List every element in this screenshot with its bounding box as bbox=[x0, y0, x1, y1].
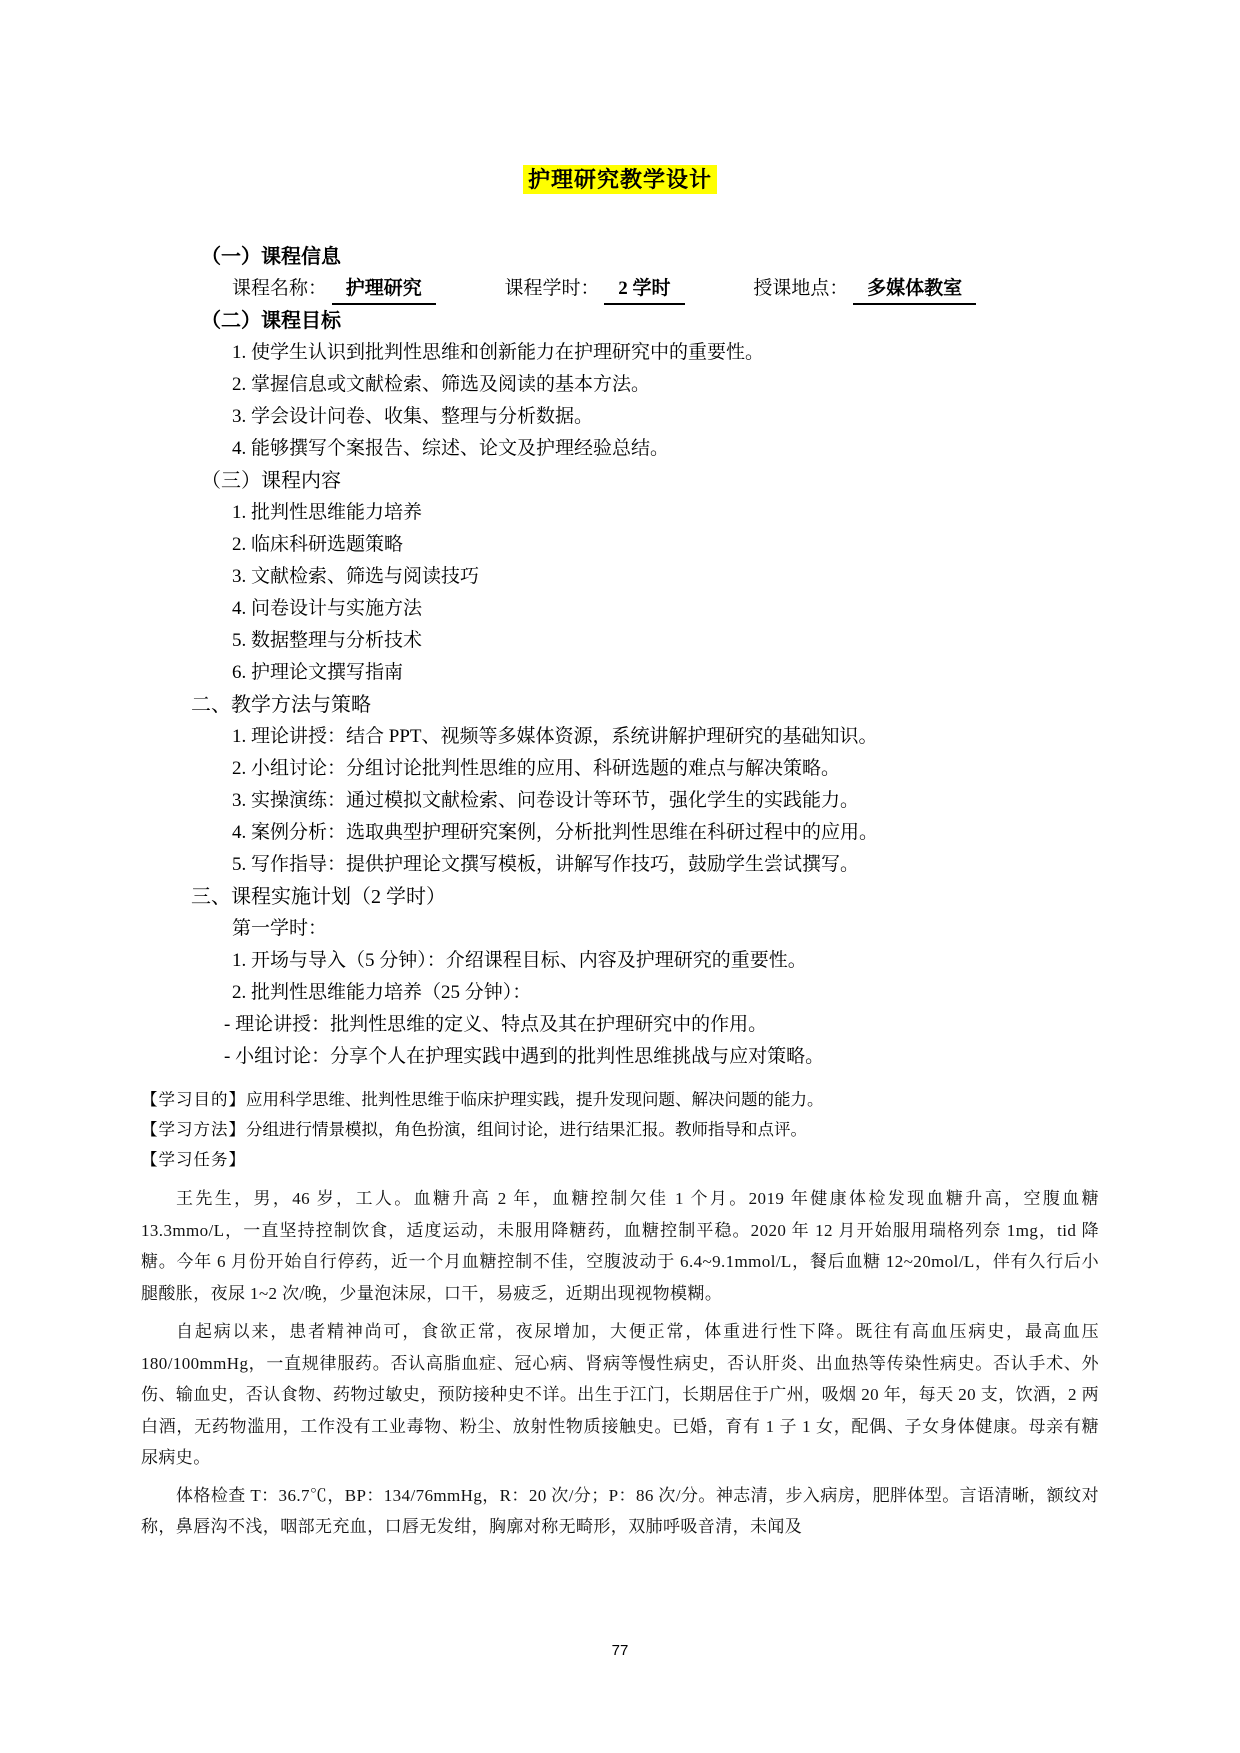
outline-section: （一）课程信息 课程名称： 护理研究 课程学时： 2 学时 授课地点： 多媒体教… bbox=[141, 241, 1099, 1073]
study-purpose-text: 应用科学思维、批判性思维于临床护理实践，提升发现问题、解决问题的能力。 bbox=[246, 1090, 824, 1109]
document-page: 护理研究教学设计 （一）课程信息 课程名称： 护理研究 课程学时： 2 学时 授… bbox=[0, 0, 1240, 1753]
case-study-section: 王先生，男，46 岁，工人。血糖升高 2 年，血糖控制欠佳 1 个月。2019 … bbox=[141, 1183, 1099, 1543]
heading-implementation-plan: 三、课程实施计划（2 学时） bbox=[141, 881, 1099, 913]
course-info-line: 课程名称： 护理研究 课程学时： 2 学时 授课地点： 多媒体教室 bbox=[141, 273, 1099, 305]
plan-bullet: - 小组讨论：分享个人在护理实践中遇到的批判性思维挑战与应对策略。 bbox=[141, 1041, 1099, 1073]
case-paragraph-history: 王先生，男，46 岁，工人。血糖升高 2 年，血糖控制欠佳 1 个月。2019 … bbox=[141, 1183, 1099, 1309]
case-paragraph-physical-exam: 体格检查 T：36.7℃，BP：134/76mmHg，R：20 次/分；P：86… bbox=[141, 1480, 1099, 1543]
content-item: 1. 批判性思维能力培养 bbox=[141, 497, 1099, 529]
plan-item: 2. 批判性思维能力培养（25 分钟）： bbox=[141, 977, 1099, 1009]
course-name-value: 护理研究 bbox=[332, 276, 436, 305]
content-item: 3. 文献检索、筛选与阅读技巧 bbox=[141, 561, 1099, 593]
course-location-label: 授课地点： bbox=[753, 278, 848, 299]
course-name-field: 课程名称： 护理研究 bbox=[232, 273, 436, 305]
study-section: 【学习目的】应用科学思维、批判性思维于临床护理实践，提升发现问题、解决问题的能力… bbox=[141, 1085, 1099, 1175]
study-method-line: 【学习方法】分组进行情景模拟，角色扮演，组间讨论，进行结果汇报。教师指导和点评。 bbox=[141, 1115, 1099, 1145]
course-hours-field: 课程学时： 2 学时 bbox=[505, 273, 685, 305]
study-purpose-label: 【学习目的】 bbox=[141, 1090, 246, 1109]
page-title: 护理研究教学设计 bbox=[141, 165, 1099, 195]
case-paragraph-background: 自起病以来，患者精神尚可，食欲正常，夜尿增加，大便正常，体重进行性下降。既往有高… bbox=[141, 1316, 1099, 1474]
plan-bullet: - 理论讲授：批判性思维的定义、特点及其在护理研究中的作用。 bbox=[141, 1009, 1099, 1041]
study-method-label: 【学习方法】 bbox=[141, 1120, 246, 1139]
method-item: 5. 写作指导：提供护理论文撰写模板，讲解写作技巧，鼓励学生尝试撰写。 bbox=[141, 849, 1099, 881]
study-purpose-line: 【学习目的】应用科学思维、批判性思维于临床护理实践，提升发现问题、解决问题的能力… bbox=[141, 1085, 1099, 1115]
study-task-label: 【学习任务】 bbox=[141, 1150, 246, 1169]
course-location-value: 多媒体教室 bbox=[853, 276, 976, 305]
course-name-label: 课程名称： bbox=[232, 278, 327, 299]
content-item: 4. 问卷设计与实施方法 bbox=[141, 593, 1099, 625]
content-item: 5. 数据整理与分析技术 bbox=[141, 625, 1099, 657]
method-item: 3. 实操演练：通过模拟文献检索、问卷设计等环节，强化学生的实践能力。 bbox=[141, 785, 1099, 817]
course-location-field: 授课地点： 多媒体教室 bbox=[753, 273, 976, 305]
content-item: 2. 临床科研选题策略 bbox=[141, 529, 1099, 561]
objective-item: 3. 学会设计问卷、收集、整理与分析数据。 bbox=[141, 401, 1099, 433]
heading-course-info: （一）课程信息 bbox=[141, 241, 1099, 273]
title-highlight: 护理研究教学设计 bbox=[523, 165, 717, 194]
heading-course-content: （三）课程内容 bbox=[141, 465, 1099, 497]
heading-teaching-methods: 二、教学方法与策略 bbox=[141, 689, 1099, 721]
objective-item: 4. 能够撰写个案报告、综述、论文及护理经验总结。 bbox=[141, 433, 1099, 465]
objective-item: 2. 掌握信息或文献检索、筛选及阅读的基本方法。 bbox=[141, 369, 1099, 401]
page-number: 77 bbox=[0, 1642, 1240, 1659]
content-item: 6. 护理论文撰写指南 bbox=[141, 657, 1099, 689]
plan-item: 1. 开场与导入（5 分钟）：介绍课程目标、内容及护理研究的重要性。 bbox=[141, 945, 1099, 977]
subheading-first-hour: 第一学时： bbox=[141, 913, 1099, 945]
method-item: 4. 案例分析：选取典型护理研究案例，分析批判性思维在科研过程中的应用。 bbox=[141, 817, 1099, 849]
heading-course-objectives: （二）课程目标 bbox=[141, 305, 1099, 337]
study-method-text: 分组进行情景模拟，角色扮演，组间讨论，进行结果汇报。教师指导和点评。 bbox=[246, 1120, 807, 1139]
study-task-line: 【学习任务】 bbox=[141, 1145, 1099, 1175]
method-item: 2. 小组讨论：分组讨论批判性思维的应用、科研选题的难点与解决策略。 bbox=[141, 753, 1099, 785]
objective-item: 1. 使学生认识到批判性思维和创新能力在护理研究中的重要性。 bbox=[141, 337, 1099, 369]
method-item: 1. 理论讲授：结合 PPT、视频等多媒体资源，系统讲解护理研究的基础知识。 bbox=[141, 721, 1099, 753]
course-hours-label: 课程学时： bbox=[505, 278, 600, 299]
course-hours-value: 2 学时 bbox=[604, 276, 684, 305]
